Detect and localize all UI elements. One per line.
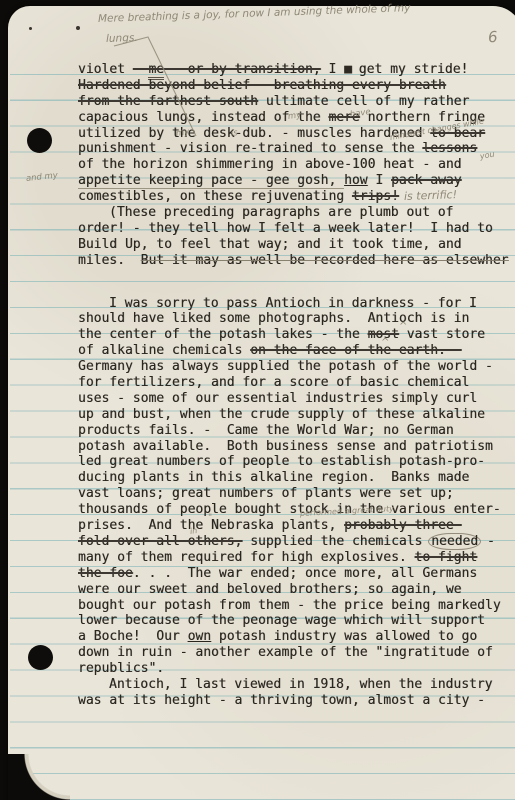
text-segment: of the horizon shimmering in above-100 h… [78, 157, 462, 172]
text-segment: ducing plants in this alkaline region. B… [78, 470, 469, 485]
text-segment: Antioch, I last viewed in 1918, when the… [109, 677, 493, 692]
typed-line: of the horizon shimmering in above-100 h… [78, 157, 515, 173]
text-segment: prises. And the Nebraska plants, [78, 518, 344, 533]
hole-punch-bottom [28, 645, 53, 670]
text-segment: pack away [391, 173, 461, 188]
text-segment: . . . The war ended; once more, all Germ… [133, 566, 477, 581]
text-segment: the foe [78, 566, 133, 581]
text-segment: trips! [352, 189, 399, 204]
text-segment: ■ [344, 62, 351, 77]
text-segment: up and bust, when the crude supply of th… [78, 407, 485, 422]
text-segment: the center of the potash lakes - the [78, 327, 368, 342]
text-segment: appetite keeping pace - gee gosh, [78, 173, 344, 189]
typed-line: bought our potash from them - the price … [78, 598, 515, 614]
typed-line: ducing plants in this alkaline region. B… [78, 470, 515, 486]
typed-line: from the farthest-south ultimate cell of… [78, 94, 515, 110]
typed-line: order! - they tell how I felt a week lat… [78, 221, 515, 237]
typed-line: led great numbers of people to establish… [78, 454, 515, 470]
typed-text: violet - me - or by transition, I ■ get … [78, 62, 515, 709]
typed-line: a Boche! Our own potash industry was all… [78, 629, 515, 645]
text-segment: should have liked some photographs. Anti… [78, 311, 469, 326]
text-segment: I was sorry to pass Antioch in darkness … [109, 296, 477, 311]
text-segment: comestibles, on these rejuvenating [78, 189, 352, 204]
text-segment: (These preceding paragraphs are plumb ou… [109, 205, 453, 220]
text-segment: I [368, 173, 391, 188]
scanned-page-background: { "colors": { "background": "#0d0b09", "… [0, 0, 515, 800]
text-segment: vast loans; great numbers of plants were… [78, 486, 454, 501]
typed-line: fold over all others, supplied the chemi… [78, 534, 515, 550]
text-segment: utilized by the desk-dub. - muscles hard… [78, 126, 430, 141]
typed-line: down in ruin - another example of the "i… [78, 645, 515, 661]
text-segment: led great numbers of people to establish… [78, 454, 485, 469]
text-segment: many of them required for high explosive… [78, 550, 415, 565]
hole-punch-top [27, 128, 52, 153]
text-segment: - or by transition, [164, 62, 321, 77]
typed-line: Hardened beyond belief - breathing every… [78, 78, 515, 94]
text-segment: miles. [78, 253, 141, 268]
text-segment: Build Up, to feel that way; and it took … [78, 237, 462, 252]
text-segment: for fertilizers, and for a score of basi… [78, 375, 469, 390]
page-number: 6 [487, 28, 498, 47]
typed-line: the foe. . . The war ended; once more, a… [78, 566, 515, 582]
typed-line: Germany has always supplied the potash o… [78, 359, 515, 375]
curled-corner [8, 754, 70, 800]
typed-line: Build Up, to feel that way; and it took … [78, 237, 515, 253]
text-segment: fold over all others, [78, 534, 242, 549]
text-segment: probably three- [344, 518, 461, 533]
typed-line: utilized by the desk-dub. - muscles hard… [78, 126, 515, 142]
typed-line: prises. And the Nebraska plants, probabl… [78, 518, 515, 534]
text-segment: Germany has always supplied the potash o… [78, 359, 493, 374]
typed-line: Antioch, I last viewed in 1918, when the… [78, 677, 515, 693]
ink-speck [76, 26, 80, 30]
text-segment: uses - some of our essential industries … [78, 391, 477, 406]
typed-line: I was sorry to pass Antioch in darkness … [78, 296, 515, 312]
typed-line: vast loans; great numbers of plants were… [78, 486, 515, 502]
typed-line: punishment - vision re-trained to sense … [78, 141, 515, 157]
text-segment: northern fringe [360, 110, 485, 125]
text-segment: ultimate cell of my rather [258, 94, 469, 109]
paragraph-gap [78, 269, 515, 296]
text-segment: - [133, 62, 149, 77]
typed-line: uses - some of our essential industries … [78, 391, 515, 407]
typed-line: (These preceding paragraphs are plumb ou… [78, 205, 515, 221]
text-segment: violet [78, 62, 133, 77]
text-segment: potash industry was allowed to go [211, 629, 477, 644]
typed-line: of alkaline chemicals on the face of the… [78, 343, 515, 359]
text-segment: from the farthest-south [78, 94, 258, 109]
text-segment: to fight [415, 550, 478, 565]
text-segment: punishment - vision re-trained to sense … [78, 141, 422, 156]
typed-line: products fails. - Came the World War; no… [78, 423, 515, 439]
text-segment: own [188, 629, 211, 644]
typed-line: republics". [78, 661, 515, 677]
typed-line: many of them required for high explosive… [78, 550, 515, 566]
typed-line: potash available. Both business sense an… [78, 439, 515, 455]
typed-line: should have liked some photographs. Anti… [78, 311, 515, 327]
typed-line: was at its height - a thriving town, alm… [78, 693, 515, 709]
typed-line: the center of the potash lakes - the mos… [78, 327, 515, 343]
text-segment: thousands of people bought stock in the … [78, 502, 501, 517]
ink-speck [29, 27, 32, 30]
text-segment: order! - they tell how I felt a week lat… [78, 221, 493, 236]
text-segment: down in ruin - another example of the "i… [78, 645, 493, 660]
text-segment: bought our potash from them - the price … [78, 598, 501, 613]
text-segment: was at its height - a thriving town, alm… [78, 693, 485, 708]
typed-line: lower because of the peonage wage which … [78, 613, 515, 629]
text-segment: products fails. - Came the World War; no… [78, 423, 454, 438]
text-segment: were our sweet and beloved brothers; so … [78, 582, 462, 597]
typed-line: for fertilizers, and for a score of basi… [78, 375, 515, 391]
text-segment: supplied the chemicals [242, 534, 430, 549]
typed-line: comestibles, on these rejuvenating trips… [78, 189, 515, 205]
text-segment: how [344, 173, 367, 188]
text-segment: get my stride! [351, 62, 468, 77]
text-segment: lower because of the peonage wage which … [78, 613, 485, 628]
typed-line: up and bust, when the crude supply of th… [78, 407, 515, 423]
text-segment: mere [328, 110, 359, 125]
manuscript-paper: violet - me - or by transition, I ■ get … [8, 6, 515, 800]
text-segment: capacious lungs, instead of the [78, 110, 328, 125]
text-segment: vast store [399, 327, 485, 342]
text-segment: most [368, 327, 399, 342]
typed-line: were our sweet and beloved brothers; so … [78, 582, 515, 598]
typed-line: violet - me - or by transition, I ■ get … [78, 62, 515, 78]
text-segment: potash available. Both business sense an… [78, 439, 493, 454]
text-segment: lessons [422, 141, 477, 156]
text-segment: republics". [78, 661, 164, 676]
text-segment: Hardened beyond belief - breathing every… [78, 78, 446, 93]
text-segment: on the face of the earth. - [250, 343, 461, 358]
typed-line: miles. But it may as well be recorded he… [78, 253, 515, 269]
text-segment: to bear [430, 126, 485, 141]
text-segment: needed [428, 533, 481, 550]
typed-line: thousands of people bought stock in the … [78, 502, 515, 518]
text-segment: - [479, 534, 495, 549]
text-segment: of alkaline chemicals [78, 343, 250, 358]
typed-line: capacious lungs, instead of the mere nor… [78, 110, 515, 126]
typed-line: appetite keeping pace - gee gosh, how I … [78, 173, 515, 189]
text-segment: a Boche! Our [78, 629, 188, 644]
text-segment: But it may as well be recorded here as e… [141, 253, 509, 268]
text-segment: I [321, 62, 344, 77]
